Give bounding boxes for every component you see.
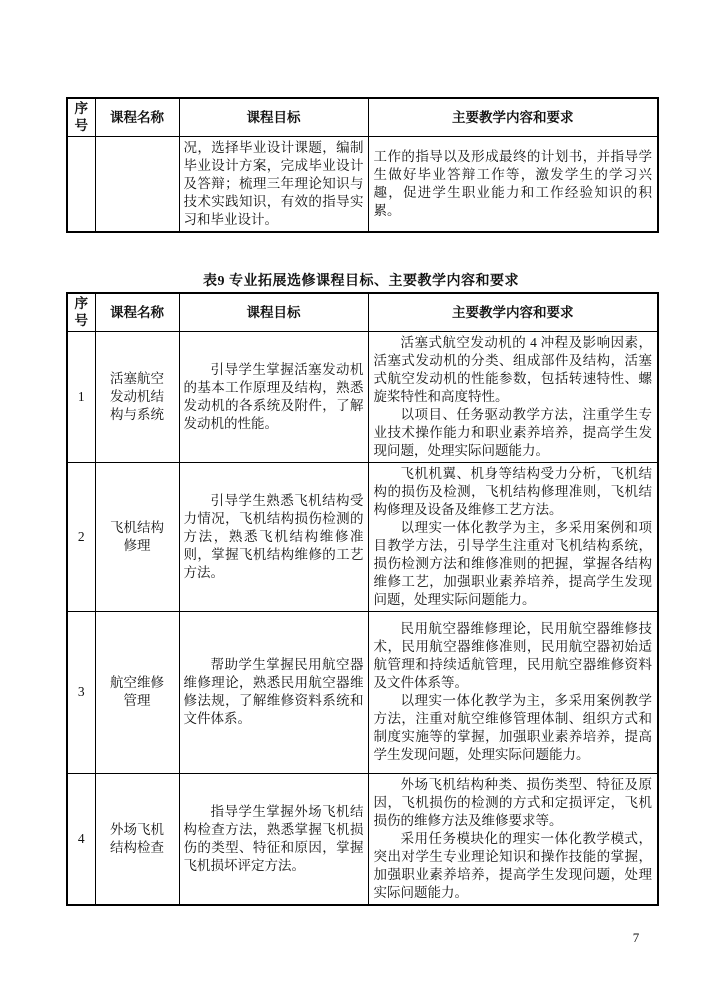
cell-course-name: 飞机结构修理 [95, 462, 179, 611]
col-header-num: 序号 [67, 293, 95, 331]
col-header-num: 序号 [67, 98, 95, 136]
goal-paragraph: 引导学生熟悉飞机结构受力情况，飞机结构损伤检测的方法，熟悉飞机结构维修准则，掌握… [184, 492, 364, 582]
table-header-row: 序号 课程名称 课程目标 主要教学内容和要求 [67, 98, 658, 136]
goal-paragraph: 况，选择毕业设计课题，编制毕业设计方案，完成毕业设计及答辩；梳理三年理论知识与技… [184, 139, 364, 229]
cell-course-goal: 引导学生掌握活塞发动机的基本工作原理及结构，熟悉发动机的各系统及附件，了解发动机… [179, 331, 368, 462]
document-page: 序号 课程名称 课程目标 主要教学内容和要求 况，选择毕业设计课题，编制毕业设计… [0, 0, 722, 1005]
cell-main-content: 外场飞机结构种类、损伤类型、特征及原因，飞机损伤的检测的方式和定损评定，飞机损伤… [368, 773, 658, 905]
cell-main-content: 民用航空器维修理论，民用航空器维修技术，民用航空器维修准则，民用航空器初始适航管… [368, 611, 658, 773]
cell-main-content: 工作的指导以及形成最终的计划书，并指导学生做好毕业答辩工作等，激发学生的学习兴趣… [368, 136, 658, 232]
main-paragraph-1: 活塞式航空发动机的 4 冲程及影响因素，活塞式发动机的分类、组成部件及结构，活塞… [374, 334, 653, 406]
cell-course-name: 活塞航空发动机结构与系统 [95, 331, 179, 462]
table-header-row: 序号 课程名称 课程目标 主要教学内容和要求 [67, 293, 658, 331]
continuation-table: 序号 课程名称 课程目标 主要教学内容和要求 况，选择毕业设计课题，编制毕业设计… [66, 97, 659, 233]
cell-course-name: 外场飞机结构检查 [95, 773, 179, 905]
main-paragraph-2: 以理实一体化教学为主，多采用案例教学方法，注重对航空维修管理体制、组织方式和制度… [374, 692, 653, 764]
main-paragraph-2: 采用任务模块化的理实一体化教学模式，突出对学生专业理论知识和操作技能的掌握，加强… [374, 830, 653, 902]
cell-num: 1 [67, 331, 95, 462]
main-paragraph-1: 外场飞机结构种类、损伤类型、特征及原因，飞机损伤的检测的方式和定损评定，飞机损伤… [374, 776, 653, 830]
cell-course-goal: 况，选择毕业设计课题，编制毕业设计方案，完成毕业设计及答辩；梳理三年理论知识与技… [179, 136, 368, 232]
col-header-main-content: 主要教学内容和要求 [368, 98, 658, 136]
col-header-main-content: 主要教学内容和要求 [368, 293, 658, 331]
cell-course-goal: 帮助学生掌握民用航空器维修理论，熟悉民用航空器维修法规，了解维修资料系统和文件体… [179, 611, 368, 773]
table-row: 3 航空维修管理 帮助学生掌握民用航空器维修理论，熟悉民用航空器维修法规，了解维… [67, 611, 658, 773]
cell-course-goal: 指导学生掌握外场飞机结构检查方法，熟悉掌握飞机损伤的类型、特征和原因，掌握飞机损… [179, 773, 368, 905]
main-paragraph-2: 以项目、任务驱动教学方法，注重学生专业技术操作能力和职业素养培养，提高学生发现问… [374, 406, 653, 460]
table-row: 况，选择毕业设计课题，编制毕业设计方案，完成毕业设计及答辩；梳理三年理论知识与技… [67, 136, 658, 232]
cell-main-content: 活塞式航空发动机的 4 冲程及影响因素，活塞式发动机的分类、组成部件及结构，活塞… [368, 331, 658, 462]
table-row: 4 外场飞机结构检查 指导学生掌握外场飞机结构检查方法，熟悉掌握飞机损伤的类型、… [67, 773, 658, 905]
table-row: 2 飞机结构修理 引导学生熟悉飞机结构受力情况，飞机结构损伤检测的方法，熟悉飞机… [67, 462, 658, 611]
col-header-course-name: 课程名称 [95, 293, 179, 331]
col-header-course-goal: 课程目标 [179, 98, 368, 136]
main-paragraph-1: 民用航空器维修理论，民用航空器维修技术，民用航空器维修准则，民用航空器初始适航管… [374, 620, 653, 692]
page-number: 7 [626, 930, 646, 946]
cell-num: 3 [67, 611, 95, 773]
main-paragraph-2: 以理实一体化教学为主，多采用案例和项目教学方法，引导学生注重对飞机结构系统，损伤… [374, 519, 653, 609]
col-header-course-name: 课程名称 [95, 98, 179, 136]
cell-course-goal: 引导学生熟悉飞机结构受力情况，飞机结构损伤检测的方法，熟悉飞机结构维修准则，掌握… [179, 462, 368, 611]
goal-paragraph: 指导学生掌握外场飞机结构检查方法，熟悉掌握飞机损伤的类型、特征和原因，掌握飞机损… [184, 803, 364, 875]
main-paragraph-1: 飞机机翼、机身等结构受力分析，飞机结构的损伤及检测，飞机结构修理准则，飞机结构修… [374, 465, 653, 519]
table9-caption: 表9 专业拓展选修课程目标、主要教学内容和要求 [0, 270, 722, 290]
table9: 序号 课程名称 课程目标 主要教学内容和要求 1 活塞航空发动机结构与系统 引导… [66, 292, 659, 906]
main-paragraph: 工作的指导以及形成最终的计划书，并指导学生做好毕业答辩工作等，激发学生的学习兴趣… [374, 148, 653, 220]
cell-course-name: 航空维修管理 [95, 611, 179, 773]
cell-course-name [95, 136, 179, 232]
cell-num: 2 [67, 462, 95, 611]
goal-paragraph: 帮助学生掌握民用航空器维修理论，熟悉民用航空器维修法规，了解维修资料系统和文件体… [184, 656, 364, 728]
col-header-course-goal: 课程目标 [179, 293, 368, 331]
goal-paragraph: 引导学生掌握活塞发动机的基本工作原理及结构，熟悉发动机的各系统及附件，了解发动机… [184, 361, 364, 433]
table-row: 1 活塞航空发动机结构与系统 引导学生掌握活塞发动机的基本工作原理及结构，熟悉发… [67, 331, 658, 462]
cell-main-content: 飞机机翼、机身等结构受力分析，飞机结构的损伤及检测，飞机结构修理准则，飞机结构修… [368, 462, 658, 611]
cell-num [67, 136, 95, 232]
cell-num: 4 [67, 773, 95, 905]
